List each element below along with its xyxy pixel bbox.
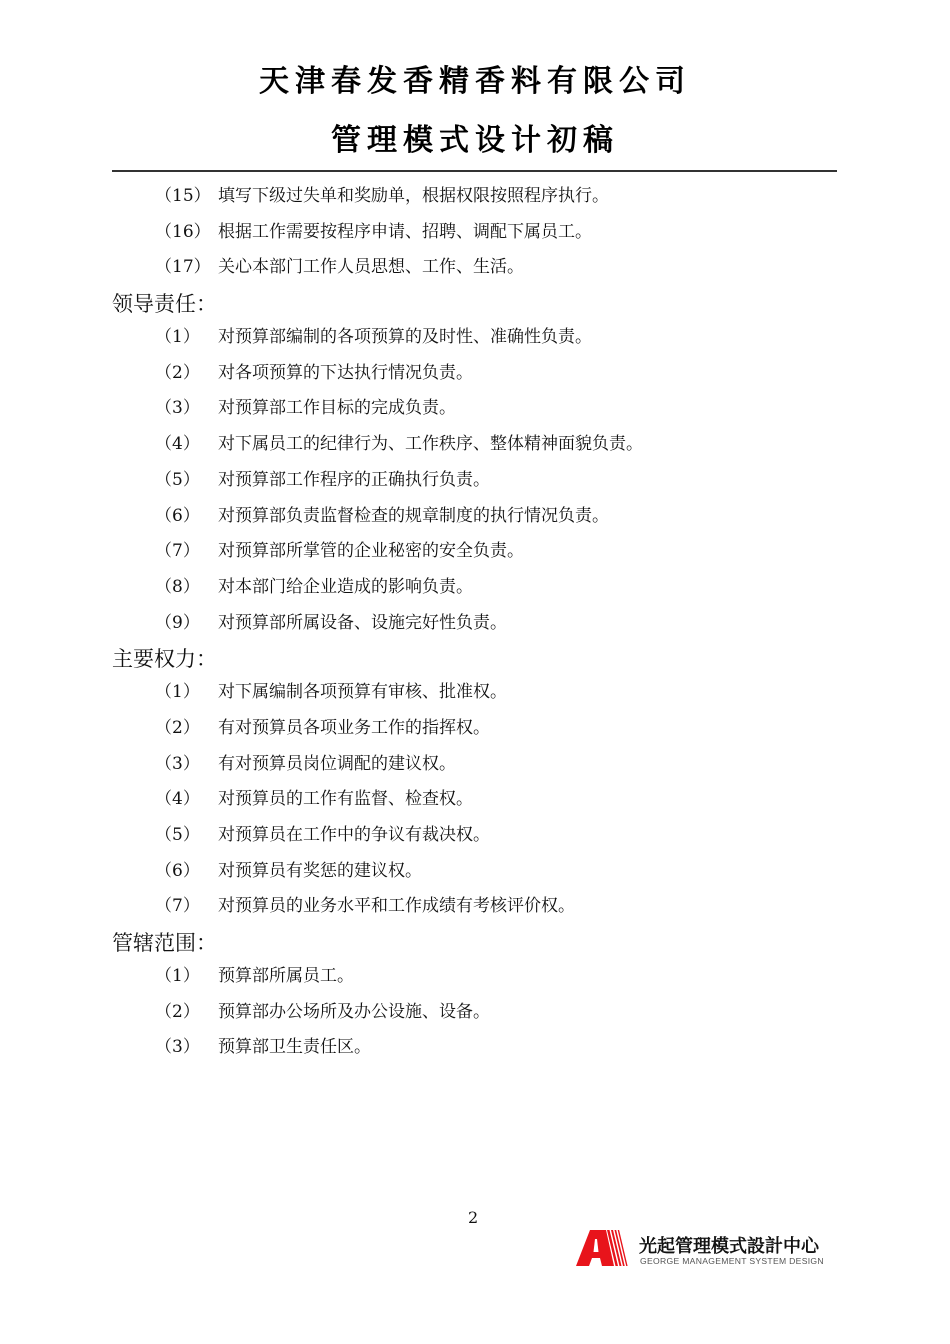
- item-text: 预算部办公场所及办公设施、设备。: [218, 998, 490, 1026]
- section-heading-jurisdiction: 管辖范围：: [112, 926, 837, 962]
- item-text: 对预算部所掌管的企业秘密的安全负责。: [218, 537, 524, 565]
- section-heading-leadership-responsibility: 领导责任：: [112, 287, 837, 323]
- list-item: （2）有对预算员各项业务工作的指挥权。: [112, 714, 837, 750]
- item-number: （5）: [155, 466, 200, 494]
- list-item: （5）对预算部工作程序的正确执行负责。: [112, 466, 837, 502]
- item-number: （8）: [155, 573, 200, 601]
- item-text: 对预算部负责监督检查的规章制度的执行情况负责。: [218, 502, 609, 530]
- item-number: （5）: [155, 821, 200, 849]
- item-number: （15）: [155, 182, 211, 210]
- item-text: 对预算部工作程序的正确执行负责。: [218, 466, 490, 494]
- item-text: 预算部所属员工。: [218, 962, 354, 990]
- item-number: （7）: [155, 892, 200, 920]
- list-item: （7）对预算部所掌管的企业秘密的安全负责。: [112, 537, 837, 573]
- list-item: （2）对各项预算的下达执行情况负责。: [112, 359, 837, 395]
- list-item: （5）对预算员在工作中的争议有裁决权。: [112, 821, 837, 857]
- item-number: （4）: [155, 430, 200, 458]
- logo-english-name: GEORGE MANAGEMENT SYSTEM DESIGN: [640, 1256, 824, 1266]
- list-item: （6）对预算员有奖惩的建议权。: [112, 857, 837, 893]
- item-number: （2）: [155, 359, 200, 387]
- item-text: 预算部卫生责任区。: [218, 1033, 371, 1061]
- item-text: 对预算员在工作中的争议有裁决权。: [218, 821, 490, 849]
- item-number: （16）: [155, 218, 211, 246]
- item-number: （3）: [155, 1033, 200, 1061]
- item-number: （3）: [155, 394, 200, 422]
- item-number: （4）: [155, 785, 200, 813]
- list-item: （3）有对预算员岗位调配的建议权。: [112, 750, 837, 786]
- item-number: （1）: [155, 323, 200, 351]
- item-text: 对预算部编制的各项预算的及时性、准确性负责。: [218, 323, 592, 351]
- item-text: 对下属员工的纪律行为、工作秩序、整体精神面貌负责。: [218, 430, 643, 458]
- item-number: （6）: [155, 857, 200, 885]
- logo-chinese-name: 光起管理模式設計中心: [639, 1232, 819, 1258]
- list-item: （3）预算部卫生责任区。: [112, 1033, 837, 1069]
- item-number: （1）: [155, 678, 200, 706]
- section-heading-main-authority: 主要权力：: [112, 642, 837, 678]
- item-text: 对各项预算的下达执行情况负责。: [218, 359, 473, 387]
- list-item: （8）对本部门给企业造成的影响负责。: [112, 573, 837, 609]
- item-number: （7）: [155, 537, 200, 565]
- item-text: 对下属编制各项预算有审核、批准权。: [218, 678, 507, 706]
- document-subtitle: 管理模式设计初稿: [0, 115, 950, 159]
- list-item: （1）对下属编制各项预算有审核、批准权。: [112, 678, 837, 714]
- item-number: （2）: [155, 714, 200, 742]
- item-number: （6）: [155, 502, 200, 530]
- item-number: （9）: [155, 609, 200, 637]
- item-text: 有对预算员岗位调配的建议权。: [218, 750, 456, 778]
- list-item: （3）对预算部工作目标的完成负责。: [112, 394, 837, 430]
- item-number: （3）: [155, 750, 200, 778]
- list-item: （1）预算部所属员工。: [112, 962, 837, 998]
- list-item: （1）对预算部编制的各项预算的及时性、准确性负责。: [112, 323, 837, 359]
- item-text: 对预算部所属设备、设施完好性负责。: [218, 609, 507, 637]
- item-text: 填写下级过失单和奖励单，根据权限按照程序执行。: [218, 182, 609, 210]
- list-item: （4）对下属员工的纪律行为、工作秩序、整体精神面貌负责。: [112, 430, 837, 466]
- list-item: （17） 关心本部门工作人员思想、工作、生活。: [112, 253, 837, 289]
- item-number: （1）: [155, 962, 200, 990]
- list-item: （9）对预算部所属设备、设施完好性负责。: [112, 609, 837, 645]
- page-number: 2: [468, 1208, 478, 1227]
- item-number: （2）: [155, 998, 200, 1026]
- list-item: （7）对预算员的业务水平和工作成绩有考核评价权。: [112, 892, 837, 928]
- document-body: （15） 填写下级过失单和奖励单，根据权限按照程序执行。 （16） 根据工作需要…: [112, 182, 837, 1069]
- item-text: 对预算员有奖惩的建议权。: [218, 857, 422, 885]
- item-text: 有对预算员各项业务工作的指挥权。: [218, 714, 490, 742]
- list-item: （4）对预算员的工作有监督、检查权。: [112, 785, 837, 821]
- item-text: 对预算员的工作有监督、检查权。: [218, 785, 473, 813]
- header-divider: [112, 170, 837, 172]
- item-number: （17）: [155, 253, 211, 281]
- list-item: （16） 根据工作需要按程序申请、招聘、调配下属员工。: [112, 218, 837, 254]
- item-text: 对本部门给企业造成的影响负责。: [218, 573, 473, 601]
- item-text: 对预算部工作目标的完成负责。: [218, 394, 456, 422]
- list-item: （15） 填写下级过失单和奖励单，根据权限按照程序执行。: [112, 182, 837, 218]
- a-logo-icon: [576, 1230, 628, 1266]
- item-text: 对预算员的业务水平和工作成绩有考核评价权。: [218, 892, 575, 920]
- company-logo: 光起管理模式設計中心 GEORGE MANAGEMENT SYSTEM DESI…: [576, 1230, 841, 1270]
- item-text: 根据工作需要按程序申请、招聘、调配下属员工。: [218, 218, 592, 246]
- list-item: （6）对预算部负责监督检查的规章制度的执行情况负责。: [112, 502, 837, 538]
- list-item: （2）预算部办公场所及办公设施、设备。: [112, 998, 837, 1034]
- item-text: 关心本部门工作人员思想、工作、生活。: [218, 253, 524, 281]
- company-title: 天津春发香精香料有限公司: [0, 56, 950, 100]
